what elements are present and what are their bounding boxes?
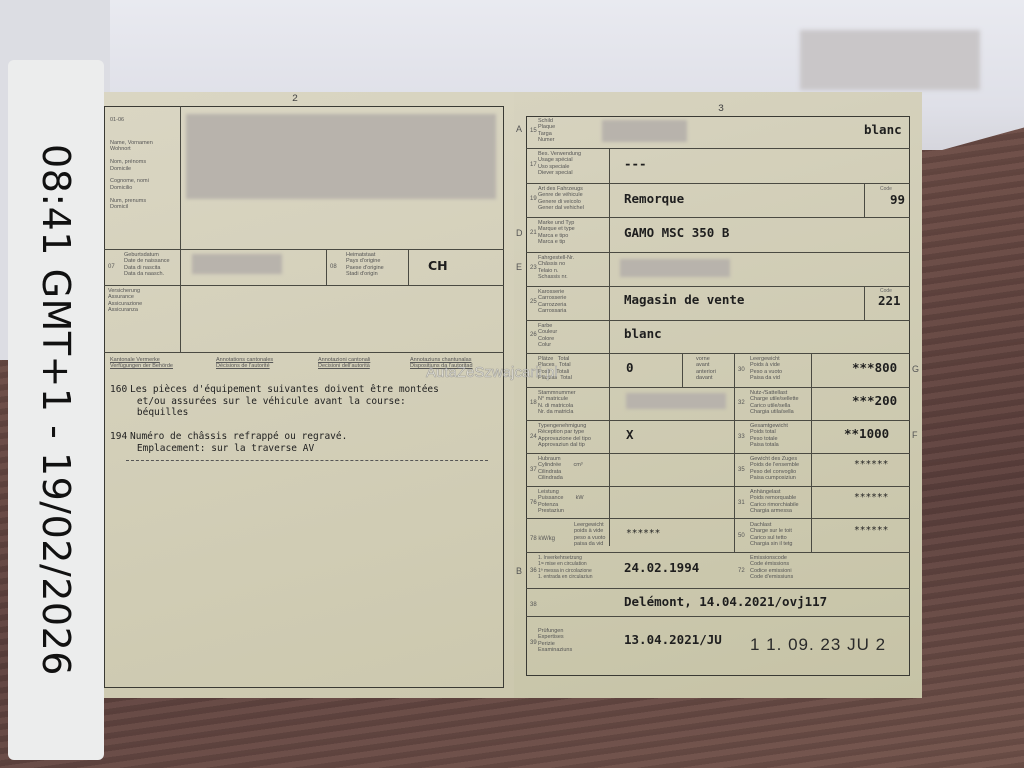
vehicle-type-code: 99	[890, 192, 905, 207]
make-model-label: Marke und Typ Marque et type Marca e tip…	[538, 220, 575, 246]
row-code: 25	[530, 299, 537, 305]
side-marker-b: B	[516, 566, 522, 576]
body-code: 221	[878, 293, 901, 308]
first-registration-label: 1. Inverkehrsetzung 1ʳᵉ mise en circulat…	[538, 555, 592, 581]
type-approval-label: Typengenehmigung Réception par type Appr…	[538, 423, 591, 449]
payload-value: ***200	[852, 393, 897, 408]
row-code: 31	[738, 500, 745, 506]
annotation-header-it: Annotazioni cantonali Decisioni dell'aut…	[318, 357, 370, 370]
timestamp-overlay: 08:41 GMT+1 - 19/02/2026	[8, 60, 104, 760]
row-code: 26	[530, 332, 537, 338]
displacement-label: Hubraum Cylindrée cm³ Cilindrata Cilindr…	[538, 456, 583, 482]
train-weight-label: Gewicht des Zuges Poids de l'ensemble Pe…	[750, 456, 799, 482]
body-value: Magasin de vente	[624, 292, 744, 307]
row-code: 24	[530, 434, 537, 440]
redacted-area-top	[800, 30, 980, 90]
row-code: 21	[530, 230, 537, 236]
side-marker-f: F	[912, 430, 918, 440]
row-code: 23	[530, 265, 537, 271]
color-value: blanc	[624, 326, 662, 341]
roof-load-label: Dachlast Charge sur le toit Carico sul t…	[750, 522, 793, 548]
redacted-holder-name	[186, 114, 496, 199]
vehicle-type-value: Remorque	[624, 191, 684, 206]
body-label: Karosserie Carrosserie Carrozzeria Carro…	[538, 289, 566, 315]
power-label: Leistung Puissance kW Potenza Prestaziun	[538, 489, 584, 515]
side-marker-a: A	[516, 124, 522, 134]
row-code: 18	[530, 400, 537, 406]
payload-label: Nutz-/Sattellast Charge utile/sellette C…	[750, 390, 799, 416]
annotation-end-line	[126, 460, 488, 461]
towing-load-label: Anhängelast Poids remorquable Carico rim…	[750, 489, 799, 515]
holder-label: Name, Vornamen Wohnort Nom, prénoms Domi…	[110, 140, 153, 210]
row-code: 35	[738, 467, 745, 473]
vehicle-registration-document: 2 01-06 Name, Vornamen Wohnort Nom, prén…	[100, 92, 922, 698]
type-approval-value: X	[626, 427, 634, 442]
row-code: 50	[738, 533, 745, 539]
vehicle-type-label: Art des Fahrzeugs Genre de véhicule Gene…	[538, 186, 584, 212]
left-page: 2 01-06 Name, Vornamen Wohnort Nom, prén…	[100, 92, 514, 698]
side-marker-e: E	[516, 262, 522, 272]
holder-field-code: 01-06	[110, 117, 124, 123]
special-use-value: ---	[624, 156, 647, 171]
row-code: 39	[530, 640, 537, 646]
page-number-left: 2	[292, 94, 298, 105]
insurance-label: Versicherung Assurance Assicurazione Ass…	[108, 288, 142, 314]
row-code: 37	[530, 467, 537, 473]
redacted-birth-date	[192, 254, 282, 274]
origin-label: Heimatstaat Pays d'origine Paese d'origi…	[346, 252, 384, 278]
origin-value: CH	[428, 258, 448, 273]
page-number-right: 3	[718, 104, 724, 115]
total-weight-label: Gesamtgewicht Poids total Peso totale Pa…	[750, 423, 788, 449]
chassis-label: Fahrgestell-Nr. Châssis no Telaio n. Sch…	[538, 255, 574, 281]
inspection-label: Prüfungen Expertises Perizie Examinaziun…	[538, 628, 572, 654]
make-model-value: GAMO MSC 350 B	[624, 225, 729, 240]
row-code: 33	[738, 434, 745, 440]
right-page: 3 A 15 Schild Plaque Targa Numer blanc 1…	[514, 92, 922, 698]
inspection-value: 13.04.2021/JU	[624, 632, 722, 647]
row-code: 30	[738, 367, 745, 373]
seats-value: 0	[626, 360, 634, 375]
redacted-chassis-number	[620, 259, 730, 277]
watermark: AutaZeSzwajcarii.pl	[426, 364, 558, 381]
emission-code-label: Emissionscode Code émissions Codice emis…	[750, 555, 793, 581]
timestamp-text: 08:41 GMT+1 - 19/02/2026	[34, 144, 78, 676]
train-weight-value: ******	[854, 459, 888, 471]
row-code: 36	[530, 568, 537, 574]
towing-load-value: ******	[854, 492, 888, 504]
annotation-header-fr: Annotations cantonales Décisions de l'au…	[216, 357, 273, 370]
total-weight-value: **1000	[844, 426, 889, 441]
row-code: 17	[530, 162, 537, 168]
row-code: 72	[738, 568, 745, 574]
front-seats-label: vorne avant anteriori davant	[696, 356, 716, 382]
row-code: 15	[530, 128, 537, 134]
roof-load-value: ******	[854, 525, 888, 537]
annotation-194-text: Numéro de châssis refrappé ou regravé. E…	[114, 431, 347, 454]
first-registration-value: 24.02.1994	[624, 560, 699, 575]
power-weight-value: ******	[626, 528, 660, 540]
row-code: 38	[530, 602, 537, 608]
plate-value: blanc	[864, 122, 902, 137]
empty-weight-label: Leergewicht Poids à vide Peso a vuoto Pa…	[750, 356, 782, 382]
origin-code: 08	[330, 264, 337, 270]
inspection-stamp: 1 1. 09. 23 JU 2	[750, 635, 886, 655]
redacted-matriculation	[626, 393, 726, 409]
empty-weight-value: ***800	[852, 360, 897, 375]
side-marker-g: G	[912, 364, 919, 374]
side-marker-d: D	[516, 228, 523, 238]
row-code: 32	[738, 400, 745, 406]
annotation-160-text: Les pièces d'équipement suivantes doiven…	[114, 384, 439, 419]
redacted-plate	[602, 120, 687, 142]
special-use-label: Bes. Verwendung Usage spécial Uso specia…	[538, 151, 581, 177]
birth-date-label: Geburtsdatum Date de naissance Data di n…	[124, 252, 170, 278]
row-code: 76	[530, 500, 537, 506]
row-code: 19	[530, 196, 537, 202]
issue-place-date: Delémont, 14.04.2021/ovj117	[624, 594, 827, 609]
matriculation-label: Stammnummer N° matricule N. di matricola…	[538, 390, 576, 416]
plate-label: Schild Plaque Targa Numer	[538, 118, 555, 144]
power-weight-label: Leergewicht poids à vide peso a vuoto pa…	[574, 522, 606, 548]
color-label: Farbe Couleur Colore Colur	[538, 323, 557, 349]
annotation-header-de: Kantonale Vermerke Verfügungen der Behör…	[110, 357, 173, 370]
birth-date-code: 07	[108, 264, 115, 270]
row-code: 78 kW/kg	[530, 536, 555, 542]
